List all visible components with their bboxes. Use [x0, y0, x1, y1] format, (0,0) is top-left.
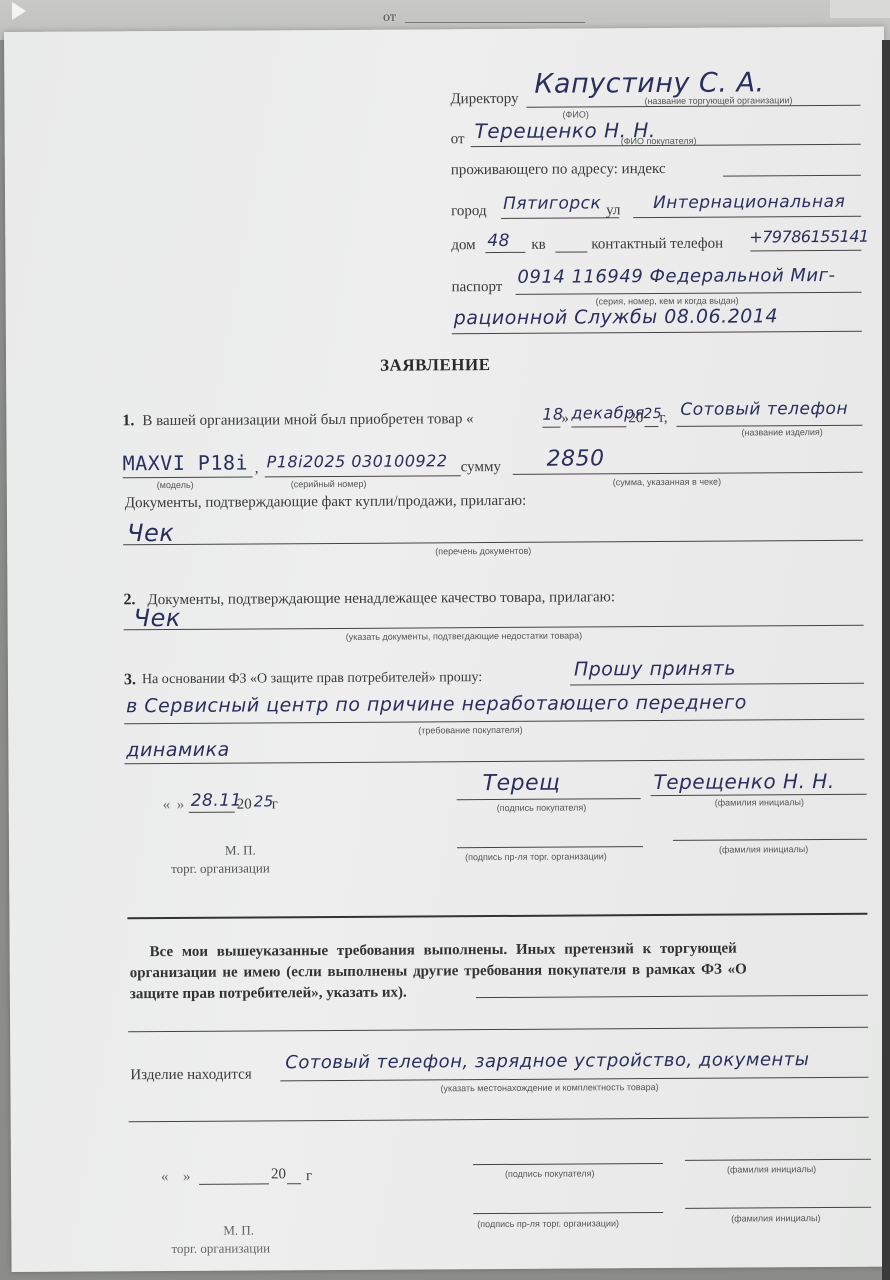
year-prefix: 20 — [628, 410, 643, 427]
house-label: дом — [451, 237, 475, 254]
org-signature-hint: (подпись пр-ля торг. организации) — [465, 851, 607, 862]
item2-value[interactable]: Чек — [133, 604, 180, 632]
date-year-suffix: г — [272, 796, 278, 813]
sum-hint: (сумма, указанная в чеке) — [613, 477, 721, 488]
item3-line-2 — [124, 719, 864, 725]
buyer-name-hint: (фамилия инициалы) — [715, 797, 804, 808]
completion-line-1 — [476, 995, 868, 998]
location-line — [280, 1077, 868, 1082]
completion-stamp-org-label: торг. организации — [171, 1240, 270, 1257]
year-suffix: г, — [659, 410, 667, 427]
phone-line — [750, 250, 861, 252]
director-hint-org: (название торгующей организации) — [644, 95, 792, 106]
completion-org-signature-line[interactable] — [473, 1212, 663, 1214]
serial-hint: (серийный номер) — [291, 479, 367, 489]
month-line — [571, 426, 626, 427]
location-hint: (указать местонахождение и комплектность… — [440, 1082, 658, 1093]
model-value[interactable]: MAXVI P18i — [123, 451, 249, 476]
underlying-from-label: от — [383, 10, 396, 26]
item3-value-line2[interactable]: в Сервисный центр по причине неработающе… — [126, 691, 747, 717]
docs-label: Документы, подтверждающие факт купли/про… — [125, 493, 527, 512]
passport-line-2 — [452, 331, 862, 335]
item3-value-line3[interactable]: динамика — [126, 739, 229, 762]
completion-date-quote-close: » — [183, 1169, 191, 1186]
house-value[interactable]: 48 — [487, 231, 510, 251]
date-line — [189, 812, 235, 813]
completion-org-signature-hint: (подпись пр-ля торг. организации) — [477, 1218, 619, 1229]
day-line — [542, 427, 560, 428]
docs-value[interactable]: Чек — [127, 519, 174, 547]
director-label: Директору — [450, 91, 518, 108]
city-label: город — [451, 203, 487, 220]
street-value[interactable]: Интернациональная — [653, 192, 845, 213]
year-line — [644, 426, 658, 427]
docs-line — [123, 540, 863, 546]
flat-line — [555, 251, 587, 252]
org-name-line — [673, 839, 867, 841]
completion-paragraph-line2: организации не имею (если выполнены друг… — [130, 958, 747, 984]
sum-line — [513, 472, 863, 475]
model-line — [123, 476, 253, 478]
completion-year-line[interactable] — [287, 1183, 301, 1184]
index-line — [723, 175, 861, 177]
buyer-name-value[interactable]: Терещенко Н. Н. — [654, 769, 835, 794]
passport-line-1 — [516, 292, 862, 295]
completion-buyer-name-line[interactable] — [685, 1159, 871, 1161]
passport-value-line1[interactable]: 0914 116949 Федеральной Миг- — [517, 265, 835, 288]
model-comma: , — [255, 460, 259, 477]
buyer-signature-value[interactable]: Терещ — [483, 771, 561, 796]
location-label: Изделие находится — [130, 1067, 251, 1085]
stamp-label: М. П. — [225, 842, 256, 858]
serial-value[interactable]: P18i2025 030100922 — [267, 451, 448, 471]
org-signature-line — [457, 846, 643, 848]
passport-label: паспорт — [452, 279, 503, 296]
product-hint: (название изделия) — [741, 427, 822, 437]
date-quote-close: » — [177, 797, 185, 814]
sum-label: сумму — [461, 459, 501, 476]
from-label: от — [451, 131, 465, 148]
underlying-tab — [830, 0, 890, 18]
sum-value[interactable]: 2850 — [547, 446, 605, 471]
underlying-from-line — [405, 22, 585, 23]
city-line — [501, 217, 619, 219]
street-line — [633, 216, 861, 218]
completion-stamp-label: М. П. — [223, 1222, 254, 1238]
item2-line — [124, 625, 864, 631]
from-hint: (ФИО покупателя) — [621, 136, 697, 146]
passport-value-line2[interactable]: рационной Службы 08.06.2014 — [454, 305, 778, 329]
item3-hint: (требование покупателя) — [418, 725, 522, 736]
phone-label: контактный телефон — [591, 236, 723, 254]
completion-org-name-line[interactable] — [685, 1207, 871, 1209]
item3-text: На основании ФЗ «О защите прав потребите… — [142, 670, 482, 688]
city-value[interactable]: Пятигорск — [503, 193, 601, 214]
completion-buyer-signature-line[interactable] — [473, 1163, 663, 1165]
item1-text: В вашей организации мной был приобретен … — [142, 411, 473, 430]
completion-line-2 — [128, 1027, 868, 1033]
section-divider — [127, 913, 867, 920]
date-quote-open: « — [163, 797, 171, 814]
buyer-signature-line — [457, 798, 641, 800]
item3-line-3 — [124, 759, 864, 765]
statement-title: ЗАЯВЛЕНИЕ — [380, 355, 491, 376]
buyer-signature-hint: (подпись покупателя) — [497, 802, 587, 813]
completion-buyer-name-hint: (фамилия инициалы) — [727, 1164, 816, 1175]
item3-value-line1[interactable]: Прошу принять — [574, 658, 736, 681]
day-quote-close: » — [561, 411, 569, 428]
serial-line — [265, 475, 461, 477]
street-label: ул — [606, 202, 620, 219]
stamp-org-label: торг. организации — [171, 860, 270, 877]
item1-number: 1. — [122, 412, 134, 430]
buyer-name-line — [651, 794, 867, 796]
location-line-2 — [129, 1117, 869, 1123]
background-edge — [882, 40, 890, 1280]
docs-hint: (перечень документов) — [435, 546, 531, 557]
address-label: проживающего по адресу: индекс — [451, 161, 666, 179]
model-hint: (модель) — [157, 480, 194, 490]
product-value[interactable]: Сотовый телефон — [680, 399, 848, 420]
org-name-hint: (фамилия инициалы) — [719, 844, 808, 855]
play-triangle-icon — [12, 2, 26, 20]
completion-year-suffix: г — [306, 1168, 312, 1185]
location-value[interactable]: Сотовый телефон, зарядное устройство, до… — [285, 1049, 809, 1073]
completion-buyer-signature-hint: (подпись покупателя) — [505, 1168, 595, 1179]
claim-form-sheet: Директору Капустину С. А. (ФИО) (названи… — [4, 27, 890, 1272]
completion-date-line[interactable] — [199, 1183, 269, 1184]
house-line — [485, 252, 525, 253]
completion-year-prefix: 20 — [271, 1166, 286, 1183]
completion-org-name-hint: (фамилия инициалы) — [731, 1213, 820, 1224]
flat-label: кв — [531, 237, 545, 254]
item3-number: 3. — [124, 671, 136, 689]
item2-text: Документы, подтверждающие ненадлежащее к… — [147, 589, 615, 609]
item2-hint: (указать документы, подтвегдающие недост… — [346, 630, 583, 641]
date-value[interactable]: 28.11 — [191, 791, 242, 811]
phone-value[interactable]: +79786155141 — [749, 227, 869, 247]
completion-date-quote-open: « — [161, 1169, 169, 1186]
completion-paragraph-line3: защите прав потребителей», указать их). — [130, 982, 407, 1006]
date-year-prefix: 20 — [237, 797, 252, 814]
item3-line-1 — [570, 683, 864, 686]
